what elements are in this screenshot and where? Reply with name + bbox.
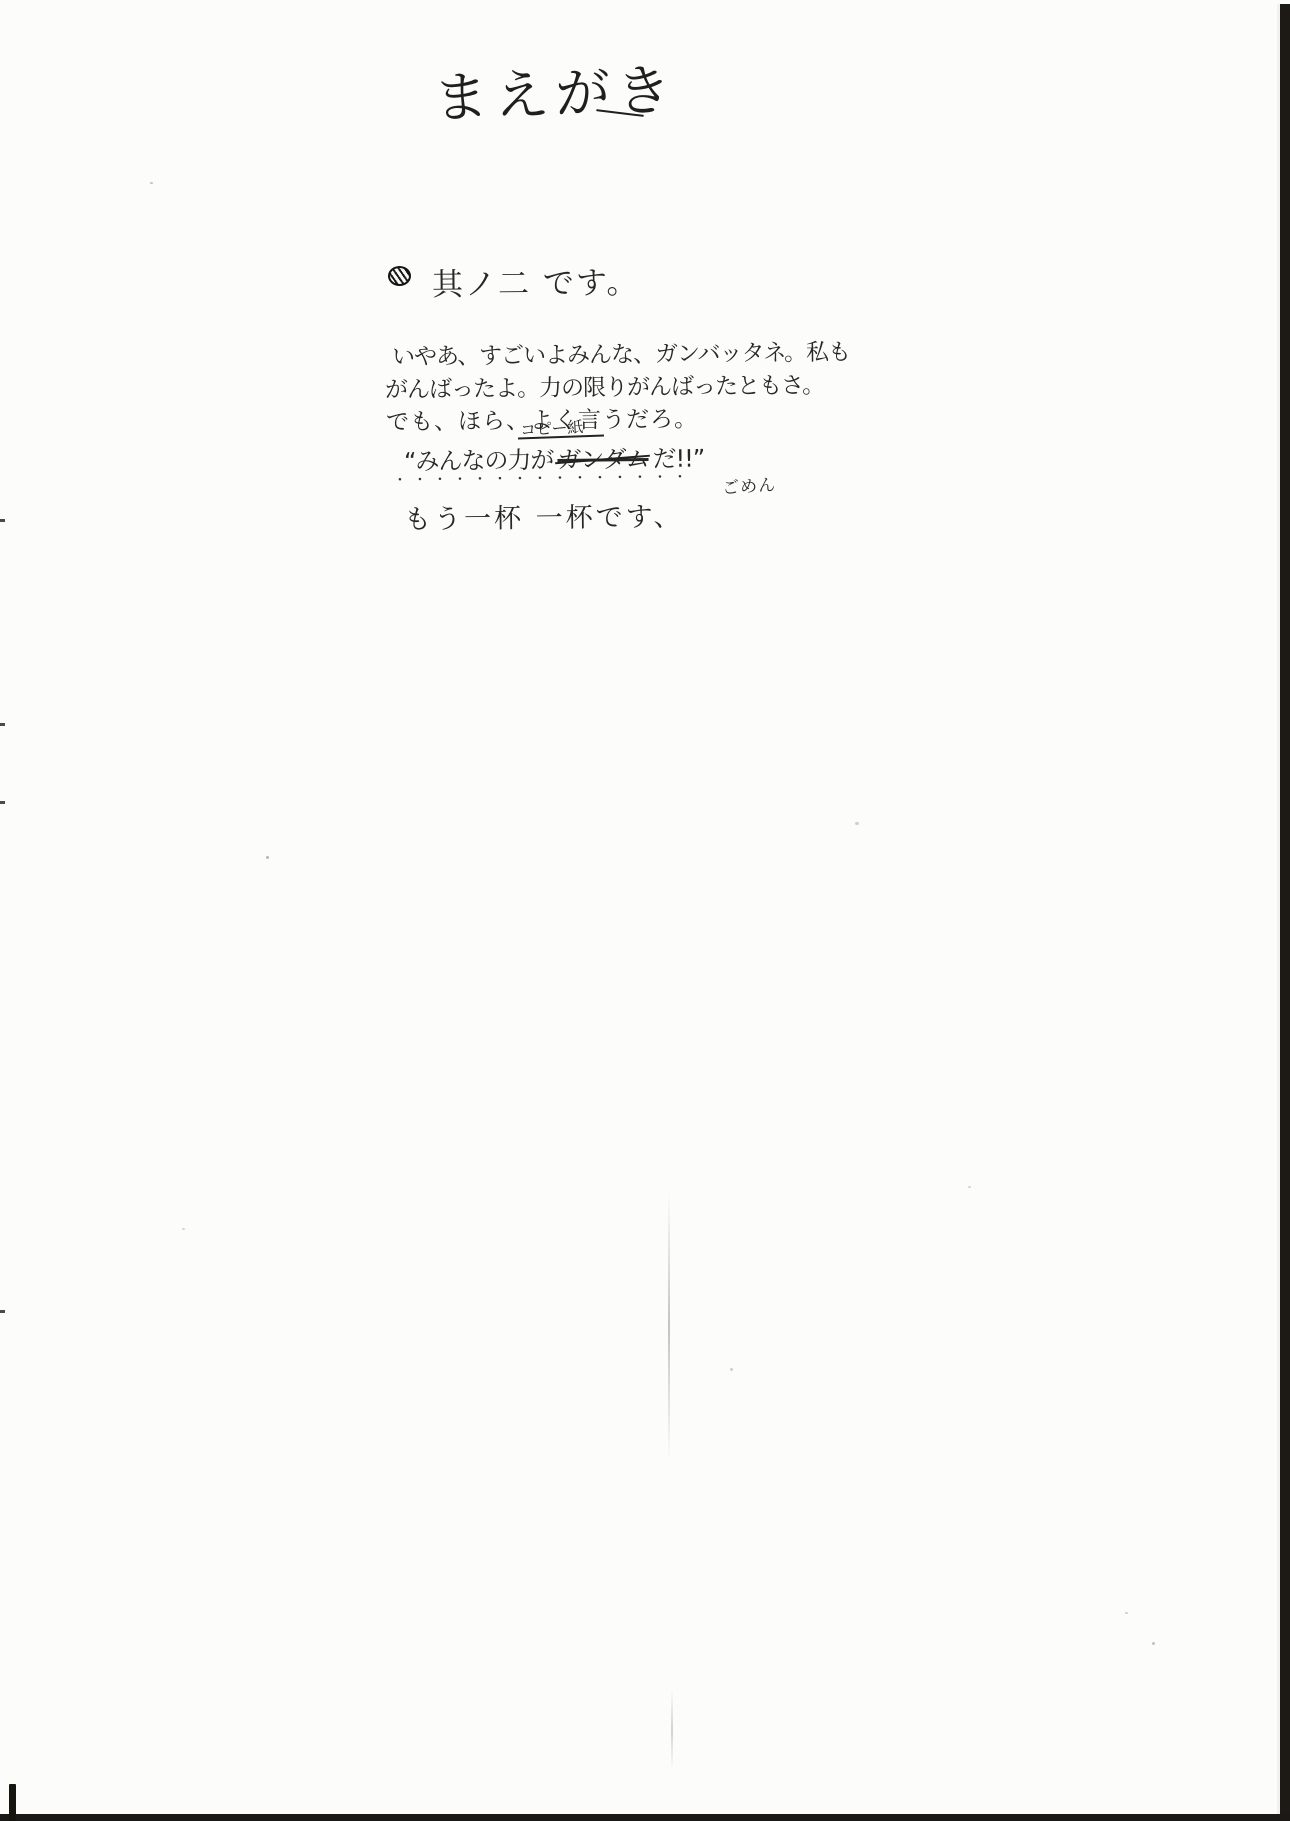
dust-speck: [266, 856, 269, 859]
scan-tick: [0, 801, 5, 804]
page-title: まえがき: [432, 46, 679, 133]
dust-speck: [150, 182, 153, 184]
scan-edge-right: [1280, 4, 1290, 1821]
scan-edge-bottom: [0, 1814, 1290, 1821]
handwritten-line: がんばったよ。力の限りがんばったともさ。: [385, 367, 824, 405]
dust-speck: [182, 1228, 185, 1230]
dust-speck: [1152, 1642, 1155, 1645]
apology-note: ごめん: [721, 470, 777, 499]
scan-tick: [0, 519, 5, 522]
scan-tick: [0, 723, 5, 726]
paper-crease: [668, 1192, 670, 1462]
scan-mark-bottom-left: [9, 1784, 16, 1821]
scanned-page: まえがき 其ノ二 です。 いやあ、すごいよみんな、ガンバッタネ。私も がんばった…: [0, 0, 1290, 1821]
dust-speck: [855, 822, 859, 825]
dust-speck: [968, 1186, 971, 1188]
ellipsis-dots-line: ・・・・・・・・・・・・・・・: [393, 466, 693, 489]
handwritten-line: いやあ、すごいよみんな、ガンバッタネ。私も: [392, 334, 850, 372]
handwritten-line: もう一杯 一杯です、: [404, 495, 684, 537]
hatched-circle-bullet-icon: [388, 266, 411, 286]
scan-tick: [0, 1310, 5, 1313]
dust-speck: [1125, 1612, 1128, 1614]
dust-speck: [730, 1368, 733, 1371]
handwritten-line: 其ノ二 です。: [432, 257, 640, 304]
paper-crease: [671, 1690, 673, 1770]
